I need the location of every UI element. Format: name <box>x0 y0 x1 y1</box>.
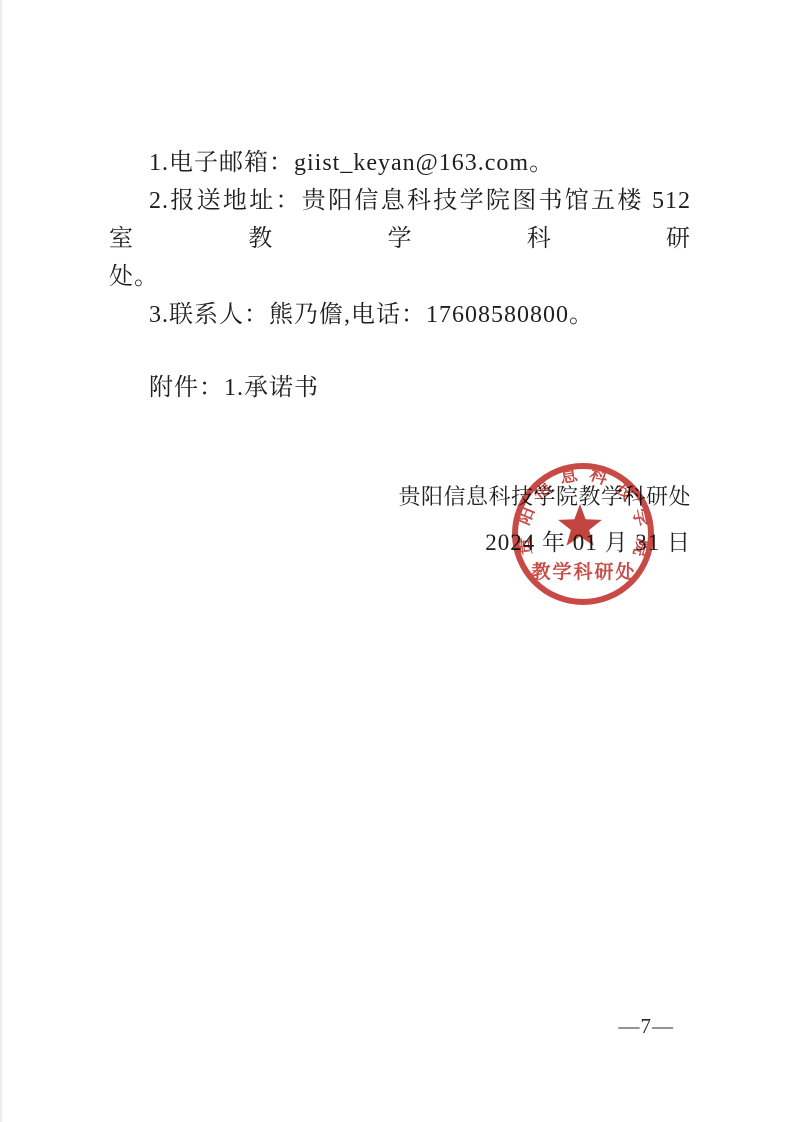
signature-date: 2024 年 01 月 31 日 <box>398 528 691 558</box>
attachment-line: 附件：1.承诺书 <box>109 369 691 407</box>
signature-org: 贵阳信息科技学院教学科研处 <box>398 482 691 512</box>
paragraph-address-line1: 2.报送地址：贵阳信息科技学院图书馆五楼 512 室教学科研 <box>109 182 691 258</box>
document-body: 1.电子邮箱：giist_keyan@163.com。 2.报送地址：贵阳信息科… <box>109 144 691 407</box>
document-page: 1.电子邮箱：giist_keyan@163.com。 2.报送地址：贵阳信息科… <box>0 0 793 1122</box>
seal-bottom-text: 教学科研处 <box>531 560 636 583</box>
paragraph-contact: 3.联系人：熊乃儋,电话：17608580800。 <box>109 296 691 334</box>
paragraph-address-line2: 处。 <box>109 258 691 296</box>
page-number: —7— <box>619 1014 675 1039</box>
signature-block: 贵阳信息科技学院教学科研处 2024 年 01 月 31 日 <box>398 482 691 558</box>
paragraph-email: 1.电子邮箱：giist_keyan@163.com。 <box>109 144 691 182</box>
